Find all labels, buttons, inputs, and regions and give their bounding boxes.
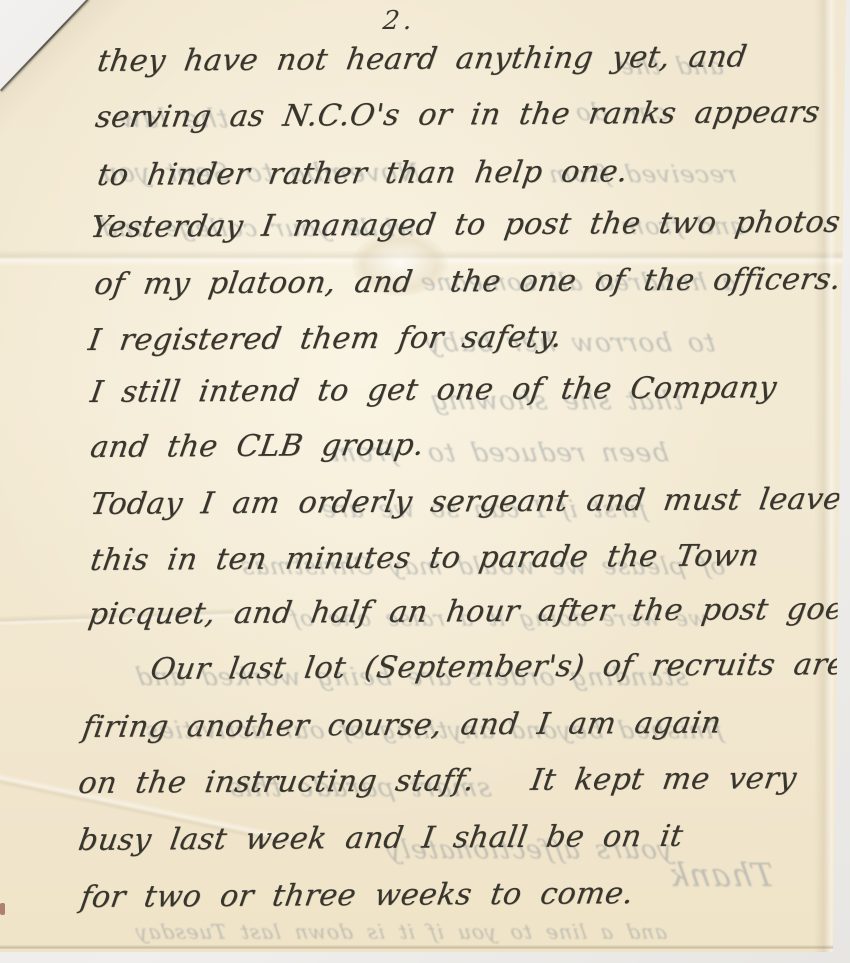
bleed-through-text: and a line to you if it is down last Tue… [133, 920, 668, 944]
page-number: 2. [381, 6, 417, 36]
handwritten-line: Today I am orderly sergeant and must lea… [88, 482, 844, 522]
handwritten-line: Yesterday I managed to post the two phot… [88, 205, 843, 245]
handwritten-line: for two or three weeks to come. [78, 876, 636, 915]
handwritten-line: serving as N.C.O's or in the ranks appea… [93, 95, 822, 135]
handwritten-line: and the CLB group. [88, 428, 427, 465]
handwritten-line: Our last lot (September's) of recruits a… [148, 647, 848, 687]
ink-smudge [0, 903, 5, 915]
letter-sheet: and the the law can do Novemba to Sept y… [0, 0, 850, 963]
handwritten-line: I still intend to get one of the Company [88, 370, 779, 410]
handwritten-line: on the instructing staff. It kept me ver… [76, 761, 799, 801]
handwritten-line: of my platoon, and the one of the office… [92, 262, 843, 302]
handwritten-line: this in ten minutes to parade the Town [88, 538, 762, 578]
handwritten-line: busy last week and I shall be on it [76, 819, 685, 858]
bleed-through-text: Thank [665, 856, 777, 894]
paper-bottom-edge [0, 945, 850, 949]
handwritten-line: they have not heard anything yet, and [95, 39, 749, 79]
handwritten-line: picquet, and half an hour after the post… [86, 592, 850, 632]
handwritten-line: to hinder rather than help one. [95, 154, 630, 193]
paper-crease-right-edge [814, 0, 836, 952]
handwritten-line: I registered them for safety. [86, 320, 565, 358]
handwritten-line: firing another course, and I am again [80, 706, 724, 745]
scanned-letter-page: and the the law can do Novemba to Sept y… [0, 0, 850, 963]
